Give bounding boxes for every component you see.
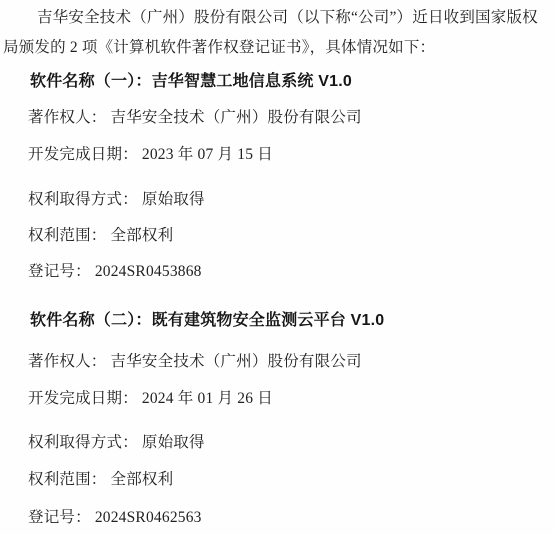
field-value: 吉华安全技术（广州）股份有限公司 xyxy=(111,353,362,370)
field-label: 著作权人： xyxy=(28,353,107,370)
field-label: 开发完成日期： xyxy=(28,390,138,407)
section-1-title: 软件名称（一）：吉华智慧工地信息系统 V1.0 xyxy=(30,72,352,92)
section-2-field-rights-scope: 权利范围：全部权利 xyxy=(28,470,173,490)
field-value: 2023 年 07 月 15 日 xyxy=(142,146,273,163)
field-value: 原始取得 xyxy=(142,434,205,451)
section-2-field-registration-number: 登记号：2024SR0462563 xyxy=(28,508,202,528)
field-value: 2024 年 01 月 26 日 xyxy=(142,390,273,407)
document-page: 吉华安全技术（广州）股份有限公司（以下称“公司”）近日收到国家版权 局颁发的 2… xyxy=(0,0,554,534)
section-1-field-rights-scope: 权利范围：全部权利 xyxy=(28,226,173,246)
intro-paragraph-line-1: 吉华安全技术（广州）股份有限公司（以下称“公司”）近日收到国家版权 xyxy=(37,8,538,28)
field-value: 全部权利 xyxy=(111,471,174,488)
intro-paragraph-line-2: 局颁发的 2 项《计算机软件著作权登记证书》，具体情况如下： xyxy=(3,38,435,58)
field-value: 全部权利 xyxy=(111,227,174,244)
section-2-field-copyright-owner: 著作权人：吉华安全技术（广州）股份有限公司 xyxy=(28,352,362,372)
field-label: 权利取得方式： xyxy=(28,191,138,208)
field-value: 原始取得 xyxy=(142,191,205,208)
field-label: 登记号： xyxy=(28,509,91,526)
field-label: 著作权人： xyxy=(28,109,107,126)
field-label: 权利范围： xyxy=(28,471,107,488)
section-1-field-registration-number: 登记号：2024SR0453868 xyxy=(28,262,202,282)
field-value: 2024SR0462563 xyxy=(95,509,202,526)
field-value: 吉华安全技术（广州）股份有限公司 xyxy=(111,109,362,126)
field-label: 权利取得方式： xyxy=(28,434,138,451)
section-1-field-copyright-owner: 著作权人：吉华安全技术（广州）股份有限公司 xyxy=(28,108,362,128)
field-label: 登记号： xyxy=(28,263,91,280)
section-1-field-completion-date: 开发完成日期：2023 年 07 月 15 日 xyxy=(28,145,273,165)
section-2-field-completion-date: 开发完成日期：2024 年 01 月 26 日 xyxy=(28,389,273,409)
section-2-title: 软件名称（二）：既有建筑物安全监测云平台 V1.0 xyxy=(30,311,384,331)
field-label: 权利范围： xyxy=(28,227,107,244)
section-2-field-acquisition-method: 权利取得方式：原始取得 xyxy=(28,433,205,453)
section-1-field-acquisition-method: 权利取得方式：原始取得 xyxy=(28,190,205,210)
field-value: 2024SR0453868 xyxy=(95,263,202,280)
field-label: 开发完成日期： xyxy=(28,146,138,163)
